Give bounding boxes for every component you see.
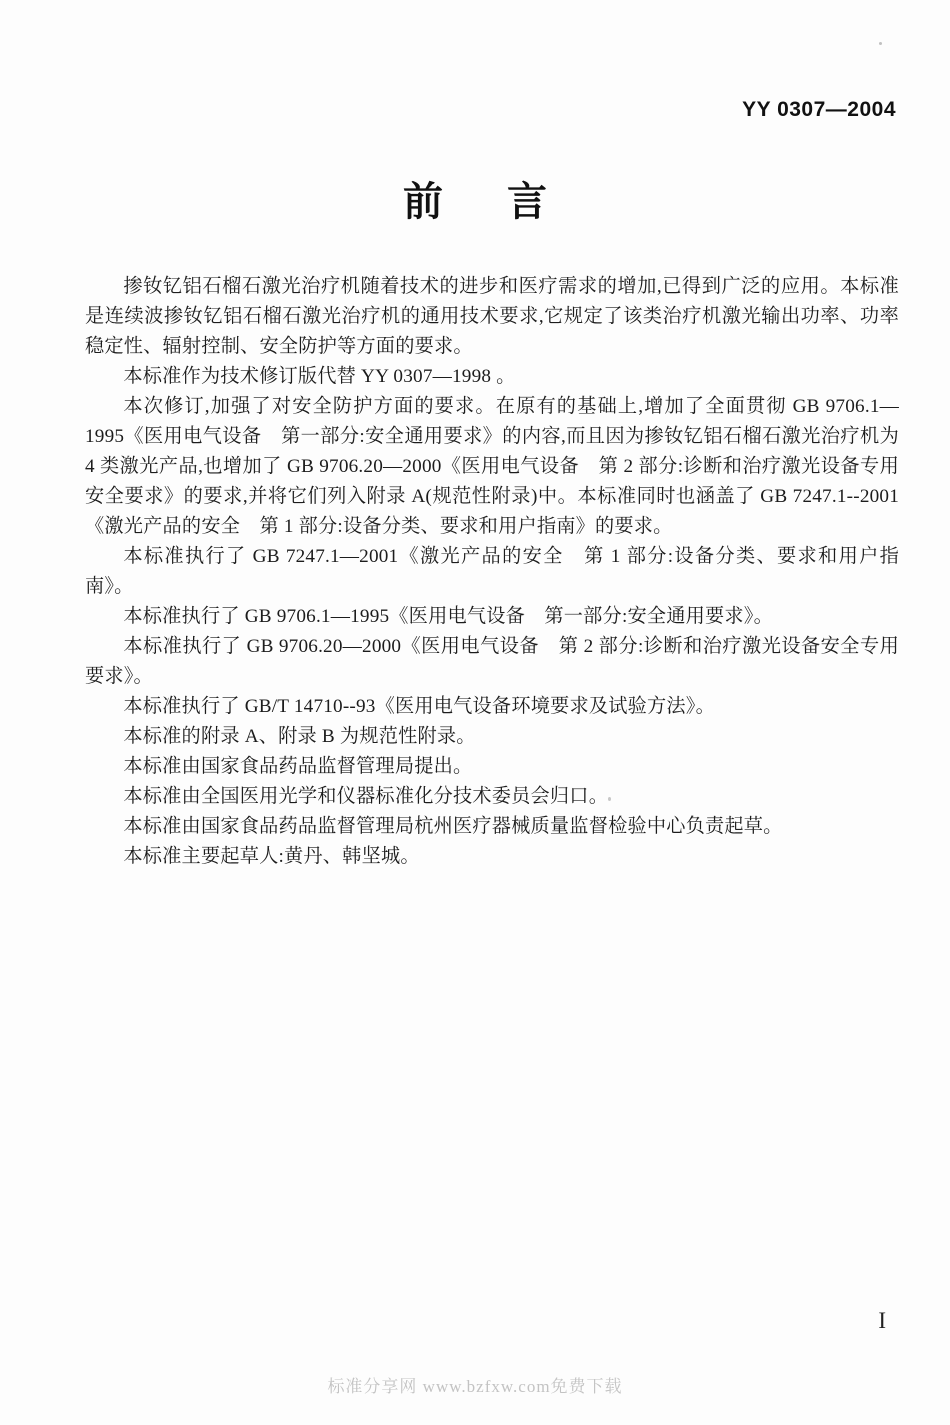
paragraph-intro: 掺钕钇铝石榴石激光治疗机随着技术的进步和医疗需求的增加,已得到广泛的应用。本标准… — [85, 272, 899, 362]
paragraph-drafted-by: 本标准由国家食品药品监督管理局杭州医疗器械质量监督检验中心负责起草。 — [85, 812, 899, 842]
paragraph-replacement: 本标准作为技术修订版代替 YY 0307—1998 。 — [85, 362, 899, 392]
watermark-footer: 标准分享网 www.bzfxw.com免费下载 — [0, 1372, 950, 1397]
paragraph-standard-2: 本标准执行了 GB 9706.1—1995《医用电气设备 第一部分:安全通用要求… — [85, 602, 899, 632]
title-char-left: 前 — [403, 178, 443, 226]
paragraph-standard-4: 本标准执行了 GB/T 14710--93《医用电气设备环境要求及试验方法》。 — [85, 692, 899, 722]
paragraph-drafters: 本标准主要起草人:黄丹、韩坚城。 — [85, 842, 899, 872]
paragraph-standard-1: 本标准执行了 GB 7247.1—2001《激光产品的安全 第 1 部分:设备分… — [85, 542, 899, 602]
paragraph-annexes: 本标准的附录 A、附录 B 为规范性附录。 — [85, 722, 899, 752]
paragraph-under-juris: 本标准由全国医用光学和仪器标准化分技术委员会归口。 — [85, 782, 899, 812]
paragraph-proposed-by: 本标准由国家食品药品监督管理局提出。 — [85, 752, 899, 782]
page-number: I — [878, 1308, 886, 1334]
standard-number-header: YY 0307—2004 — [742, 98, 896, 122]
paragraph-standard-3: 本标准执行了 GB 9706.20—2000《医用电气设备 第 2 部分:诊断和… — [85, 632, 899, 692]
scan-artifact-dot — [608, 797, 611, 801]
document-page: YY 0307—2004 前 言 掺钕钇铝石榴石激光治疗机随着技术的进步和医疗需… — [0, 0, 950, 1425]
title-char-right: 言 — [507, 178, 547, 226]
page-title: 前 言 — [0, 178, 950, 226]
foreword-body: 掺钕钇铝石榴石激光治疗机随着技术的进步和医疗需求的增加,已得到广泛的应用。本标准… — [85, 272, 899, 872]
paragraph-revision: 本次修订,加强了对安全防护方面的要求。在原有的基础上,增加了全面贯彻 GB 97… — [85, 392, 899, 542]
scan-artifact-dot — [879, 42, 882, 45]
